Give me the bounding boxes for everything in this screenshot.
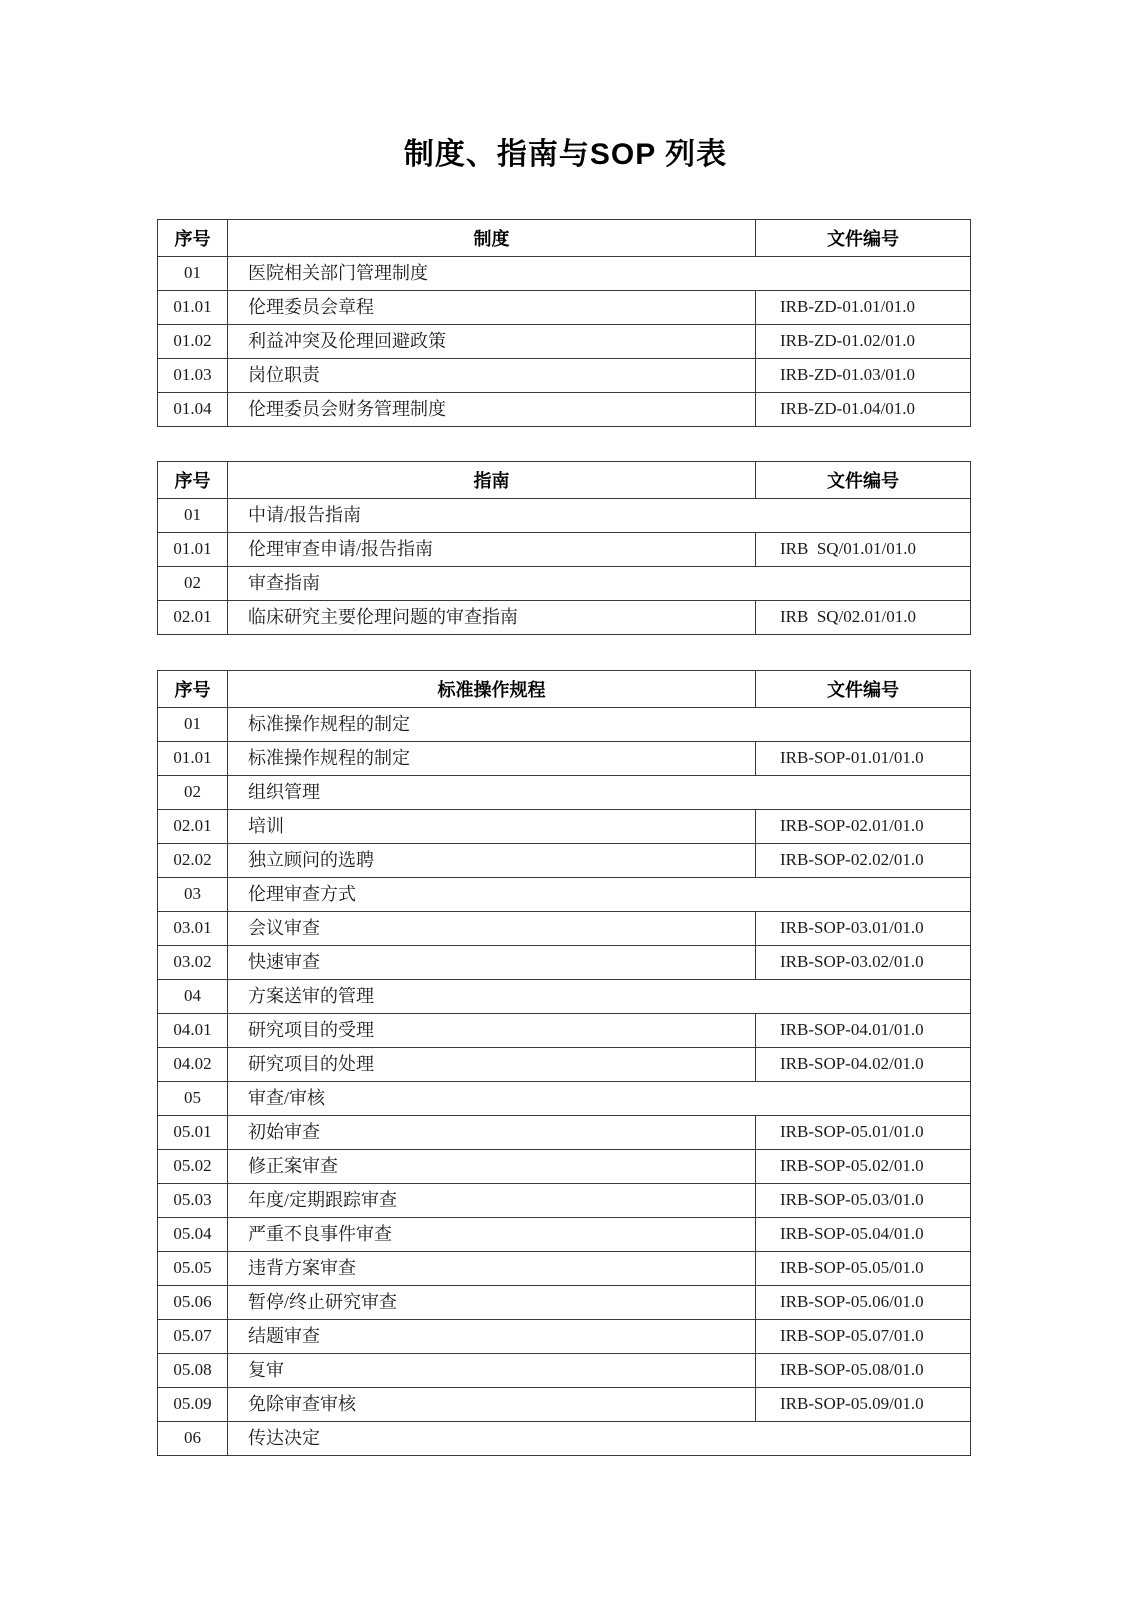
- cell-serial-number: 03.01: [158, 912, 228, 946]
- cell-serial-number: 05: [158, 1082, 228, 1116]
- header-policy: 制度: [228, 220, 756, 257]
- cell-serial-number: 01: [158, 257, 228, 291]
- category-row: 06传达决定: [158, 1422, 971, 1456]
- cell-document-code: IRB-SOP-02.02/01.0: [756, 844, 971, 878]
- cell-title: 传达决定: [228, 1422, 971, 1456]
- entry-row: 05.07结题审查IRB-SOP-05.07/01.0: [158, 1320, 971, 1354]
- cell-title: 岗位职责: [228, 359, 756, 393]
- cell-document-code: IRB SQ/01.01/01.0: [756, 533, 971, 567]
- cell-title: 结题审查: [228, 1320, 756, 1354]
- entry-row: 01.01伦理委员会章程IRB-ZD-01.01/01.0: [158, 291, 971, 325]
- entry-row: 01.02利益冲突及伦理回避政策IRB-ZD-01.02/01.0: [158, 325, 971, 359]
- cell-title: 医院相关部门管理制度: [228, 257, 971, 291]
- cell-serial-number: 05.03: [158, 1184, 228, 1218]
- cell-serial-number: 01.01: [158, 742, 228, 776]
- category-row: 03伦理审查方式: [158, 878, 971, 912]
- cell-document-code: IRB-SOP-05.01/01.0: [756, 1116, 971, 1150]
- cell-serial-number: 05.09: [158, 1388, 228, 1422]
- category-row: 04方案送审的管理: [158, 980, 971, 1014]
- cell-title: 研究项目的受理: [228, 1014, 756, 1048]
- entry-row: 01.04伦理委员会财务管理制度IRB-ZD-01.04/01.0: [158, 393, 971, 427]
- cell-serial-number: 05.01: [158, 1116, 228, 1150]
- cell-title: 免除审查审核: [228, 1388, 756, 1422]
- cell-serial-number: 05.08: [158, 1354, 228, 1388]
- entry-row: 01.03岗位职责IRB-ZD-01.03/01.0: [158, 359, 971, 393]
- entry-row: 01.01标准操作规程的制定IRB-SOP-01.01/01.0: [158, 742, 971, 776]
- category-row: 02组织管理: [158, 776, 971, 810]
- cell-document-code: IRB-SOP-05.02/01.0: [756, 1150, 971, 1184]
- category-row: 05审查/审核: [158, 1082, 971, 1116]
- entry-row: 05.02修正案审查IRB-SOP-05.02/01.0: [158, 1150, 971, 1184]
- cell-title: 伦理审查申请/报告指南: [228, 533, 756, 567]
- cell-serial-number: 01: [158, 708, 228, 742]
- cell-serial-number: 04.02: [158, 1048, 228, 1082]
- cell-serial-number: 01.01: [158, 533, 228, 567]
- entry-row: 05.03年度/定期跟踪审查IRB-SOP-05.03/01.0: [158, 1184, 971, 1218]
- cell-document-code: IRB SQ/02.01/01.0: [756, 601, 971, 635]
- cell-serial-number: 05.04: [158, 1218, 228, 1252]
- cell-document-code: IRB-SOP-05.07/01.0: [756, 1320, 971, 1354]
- cell-title: 复审: [228, 1354, 756, 1388]
- cell-document-code: IRB-SOP-05.03/01.0: [756, 1184, 971, 1218]
- cell-document-code: IRB-SOP-03.01/01.0: [756, 912, 971, 946]
- cell-serial-number: 02.01: [158, 601, 228, 635]
- cell-serial-number: 01: [158, 499, 228, 533]
- cell-serial-number: 05.06: [158, 1286, 228, 1320]
- header-document-code: 文件编号: [756, 220, 971, 257]
- cell-title: 方案送审的管理: [228, 980, 971, 1014]
- cell-serial-number: 04: [158, 980, 228, 1014]
- cell-document-code: IRB-SOP-05.06/01.0: [756, 1286, 971, 1320]
- cell-title: 暂停/终止研究审查: [228, 1286, 756, 1320]
- cell-title: 违背方案审查: [228, 1252, 756, 1286]
- sop-table: 序号 标准操作规程 文件编号 01标准操作规程的制定01.01标准操作规程的制定…: [157, 670, 971, 1456]
- category-row: 01中请/报告指南: [158, 499, 971, 533]
- entry-row: 05.04严重不良事件审查IRB-SOP-05.04/01.0: [158, 1218, 971, 1252]
- cell-title: 独立顾问的选聘: [228, 844, 756, 878]
- cell-title: 修正案审查: [228, 1150, 756, 1184]
- entry-row: 05.01初始审查IRB-SOP-05.01/01.0: [158, 1116, 971, 1150]
- cell-title: 会议审查: [228, 912, 756, 946]
- cell-title: 快速审查: [228, 946, 756, 980]
- cell-serial-number: 01.01: [158, 291, 228, 325]
- entry-row: 03.02快速审查IRB-SOP-03.02/01.0: [158, 946, 971, 980]
- cell-document-code: IRB-SOP-04.02/01.0: [756, 1048, 971, 1082]
- sop-table-body: 01标准操作规程的制定01.01标准操作规程的制定IRB-SOP-01.01/0…: [158, 708, 971, 1456]
- entry-row: 02.01培训IRB-SOP-02.01/01.0: [158, 810, 971, 844]
- cell-serial-number: 02: [158, 776, 228, 810]
- cell-serial-number: 01.02: [158, 325, 228, 359]
- cell-serial-number: 02.02: [158, 844, 228, 878]
- cell-title: 年度/定期跟踪审查: [228, 1184, 756, 1218]
- cell-title: 利益冲突及伦理回避政策: [228, 325, 756, 359]
- entry-row: 01.01伦理审查申请/报告指南IRB SQ/01.01/01.0: [158, 533, 971, 567]
- table-header-row: 序号 制度 文件编号: [158, 220, 971, 257]
- cell-serial-number: 02.01: [158, 810, 228, 844]
- category-row: 02审查指南: [158, 567, 971, 601]
- cell-serial-number: 06: [158, 1422, 228, 1456]
- policies-table-body: 01医院相关部门管理制度01.01伦理委员会章程IRB-ZD-01.01/01.…: [158, 257, 971, 427]
- header-serial-number: 序号: [158, 220, 228, 257]
- cell-title: 伦理审查方式: [228, 878, 971, 912]
- header-sop: 标准操作规程: [228, 671, 756, 708]
- entry-row: 05.09免除审查审核IRB-SOP-05.09/01.0: [158, 1388, 971, 1422]
- cell-document-code: IRB-SOP-05.05/01.0: [756, 1252, 971, 1286]
- entry-row: 04.02研究项目的处理IRB-SOP-04.02/01.0: [158, 1048, 971, 1082]
- cell-title: 临床研究主要伦理问题的审查指南: [228, 601, 756, 635]
- cell-title: 审查指南: [228, 567, 971, 601]
- cell-title: 研究项目的处理: [228, 1048, 756, 1082]
- entry-row: 02.01临床研究主要伦理问题的审查指南IRB SQ/02.01/01.0: [158, 601, 971, 635]
- cell-document-code: IRB-SOP-01.01/01.0: [756, 742, 971, 776]
- guidelines-table: 序号 指南 文件编号 01中请/报告指南01.01伦理审查申请/报告指南IRB …: [157, 461, 971, 635]
- document-page: 制度、指南与SOP 列表 序号 制度 文件编号 01医院相关部门管理制度01.0…: [0, 0, 1131, 1600]
- cell-document-code: IRB-SOP-05.04/01.0: [756, 1218, 971, 1252]
- entry-row: 02.02独立顾问的选聘IRB-SOP-02.02/01.0: [158, 844, 971, 878]
- header-guideline: 指南: [228, 462, 756, 499]
- cell-serial-number: 03: [158, 878, 228, 912]
- cell-title: 伦理委员会财务管理制度: [228, 393, 756, 427]
- cell-document-code: IRB-SOP-05.08/01.0: [756, 1354, 971, 1388]
- category-row: 01医院相关部门管理制度: [158, 257, 971, 291]
- cell-document-code: IRB-ZD-01.01/01.0: [756, 291, 971, 325]
- cell-document-code: IRB-ZD-01.03/01.0: [756, 359, 971, 393]
- entry-row: 04.01研究项目的受理IRB-SOP-04.01/01.0: [158, 1014, 971, 1048]
- policies-table: 序号 制度 文件编号 01医院相关部门管理制度01.01伦理委员会章程IRB-Z…: [157, 219, 971, 427]
- cell-serial-number: 04.01: [158, 1014, 228, 1048]
- category-row: 01标准操作规程的制定: [158, 708, 971, 742]
- cell-serial-number: 01.04: [158, 393, 228, 427]
- header-document-code: 文件编号: [756, 462, 971, 499]
- cell-title: 组织管理: [228, 776, 971, 810]
- header-serial-number: 序号: [158, 671, 228, 708]
- cell-serial-number: 05.02: [158, 1150, 228, 1184]
- table-header-row: 序号 标准操作规程 文件编号: [158, 671, 971, 708]
- cell-serial-number: 01.03: [158, 359, 228, 393]
- document-title: 制度、指南与SOP 列表: [0, 139, 1131, 171]
- cell-title: 严重不良事件审查: [228, 1218, 756, 1252]
- cell-title: 审查/审核: [228, 1082, 971, 1116]
- cell-title: 伦理委员会章程: [228, 291, 756, 325]
- entry-row: 05.06暂停/终止研究审查IRB-SOP-05.06/01.0: [158, 1286, 971, 1320]
- entry-row: 05.08复审IRB-SOP-05.08/01.0: [158, 1354, 971, 1388]
- cell-document-code: IRB-ZD-01.02/01.0: [756, 325, 971, 359]
- header-document-code: 文件编号: [756, 671, 971, 708]
- cell-document-code: IRB-ZD-01.04/01.0: [756, 393, 971, 427]
- cell-document-code: IRB-SOP-02.01/01.0: [756, 810, 971, 844]
- table-header-row: 序号 指南 文件编号: [158, 462, 971, 499]
- entry-row: 05.05违背方案审查IRB-SOP-05.05/01.0: [158, 1252, 971, 1286]
- cell-title: 初始审查: [228, 1116, 756, 1150]
- cell-title: 标准操作规程的制定: [228, 742, 756, 776]
- cell-title: 标准操作规程的制定: [228, 708, 971, 742]
- cell-document-code: IRB-SOP-04.01/01.0: [756, 1014, 971, 1048]
- entry-row: 03.01会议审查IRB-SOP-03.01/01.0: [158, 912, 971, 946]
- cell-title: 培训: [228, 810, 756, 844]
- cell-serial-number: 02: [158, 567, 228, 601]
- cell-serial-number: 05.05: [158, 1252, 228, 1286]
- cell-title: 中请/报告指南: [228, 499, 971, 533]
- cell-serial-number: 05.07: [158, 1320, 228, 1354]
- cell-serial-number: 03.02: [158, 946, 228, 980]
- cell-document-code: IRB-SOP-05.09/01.0: [756, 1388, 971, 1422]
- guidelines-table-body: 01中请/报告指南01.01伦理审查申请/报告指南IRB SQ/01.01/01…: [158, 499, 971, 635]
- header-serial-number: 序号: [158, 462, 228, 499]
- cell-document-code: IRB-SOP-03.02/01.0: [756, 946, 971, 980]
